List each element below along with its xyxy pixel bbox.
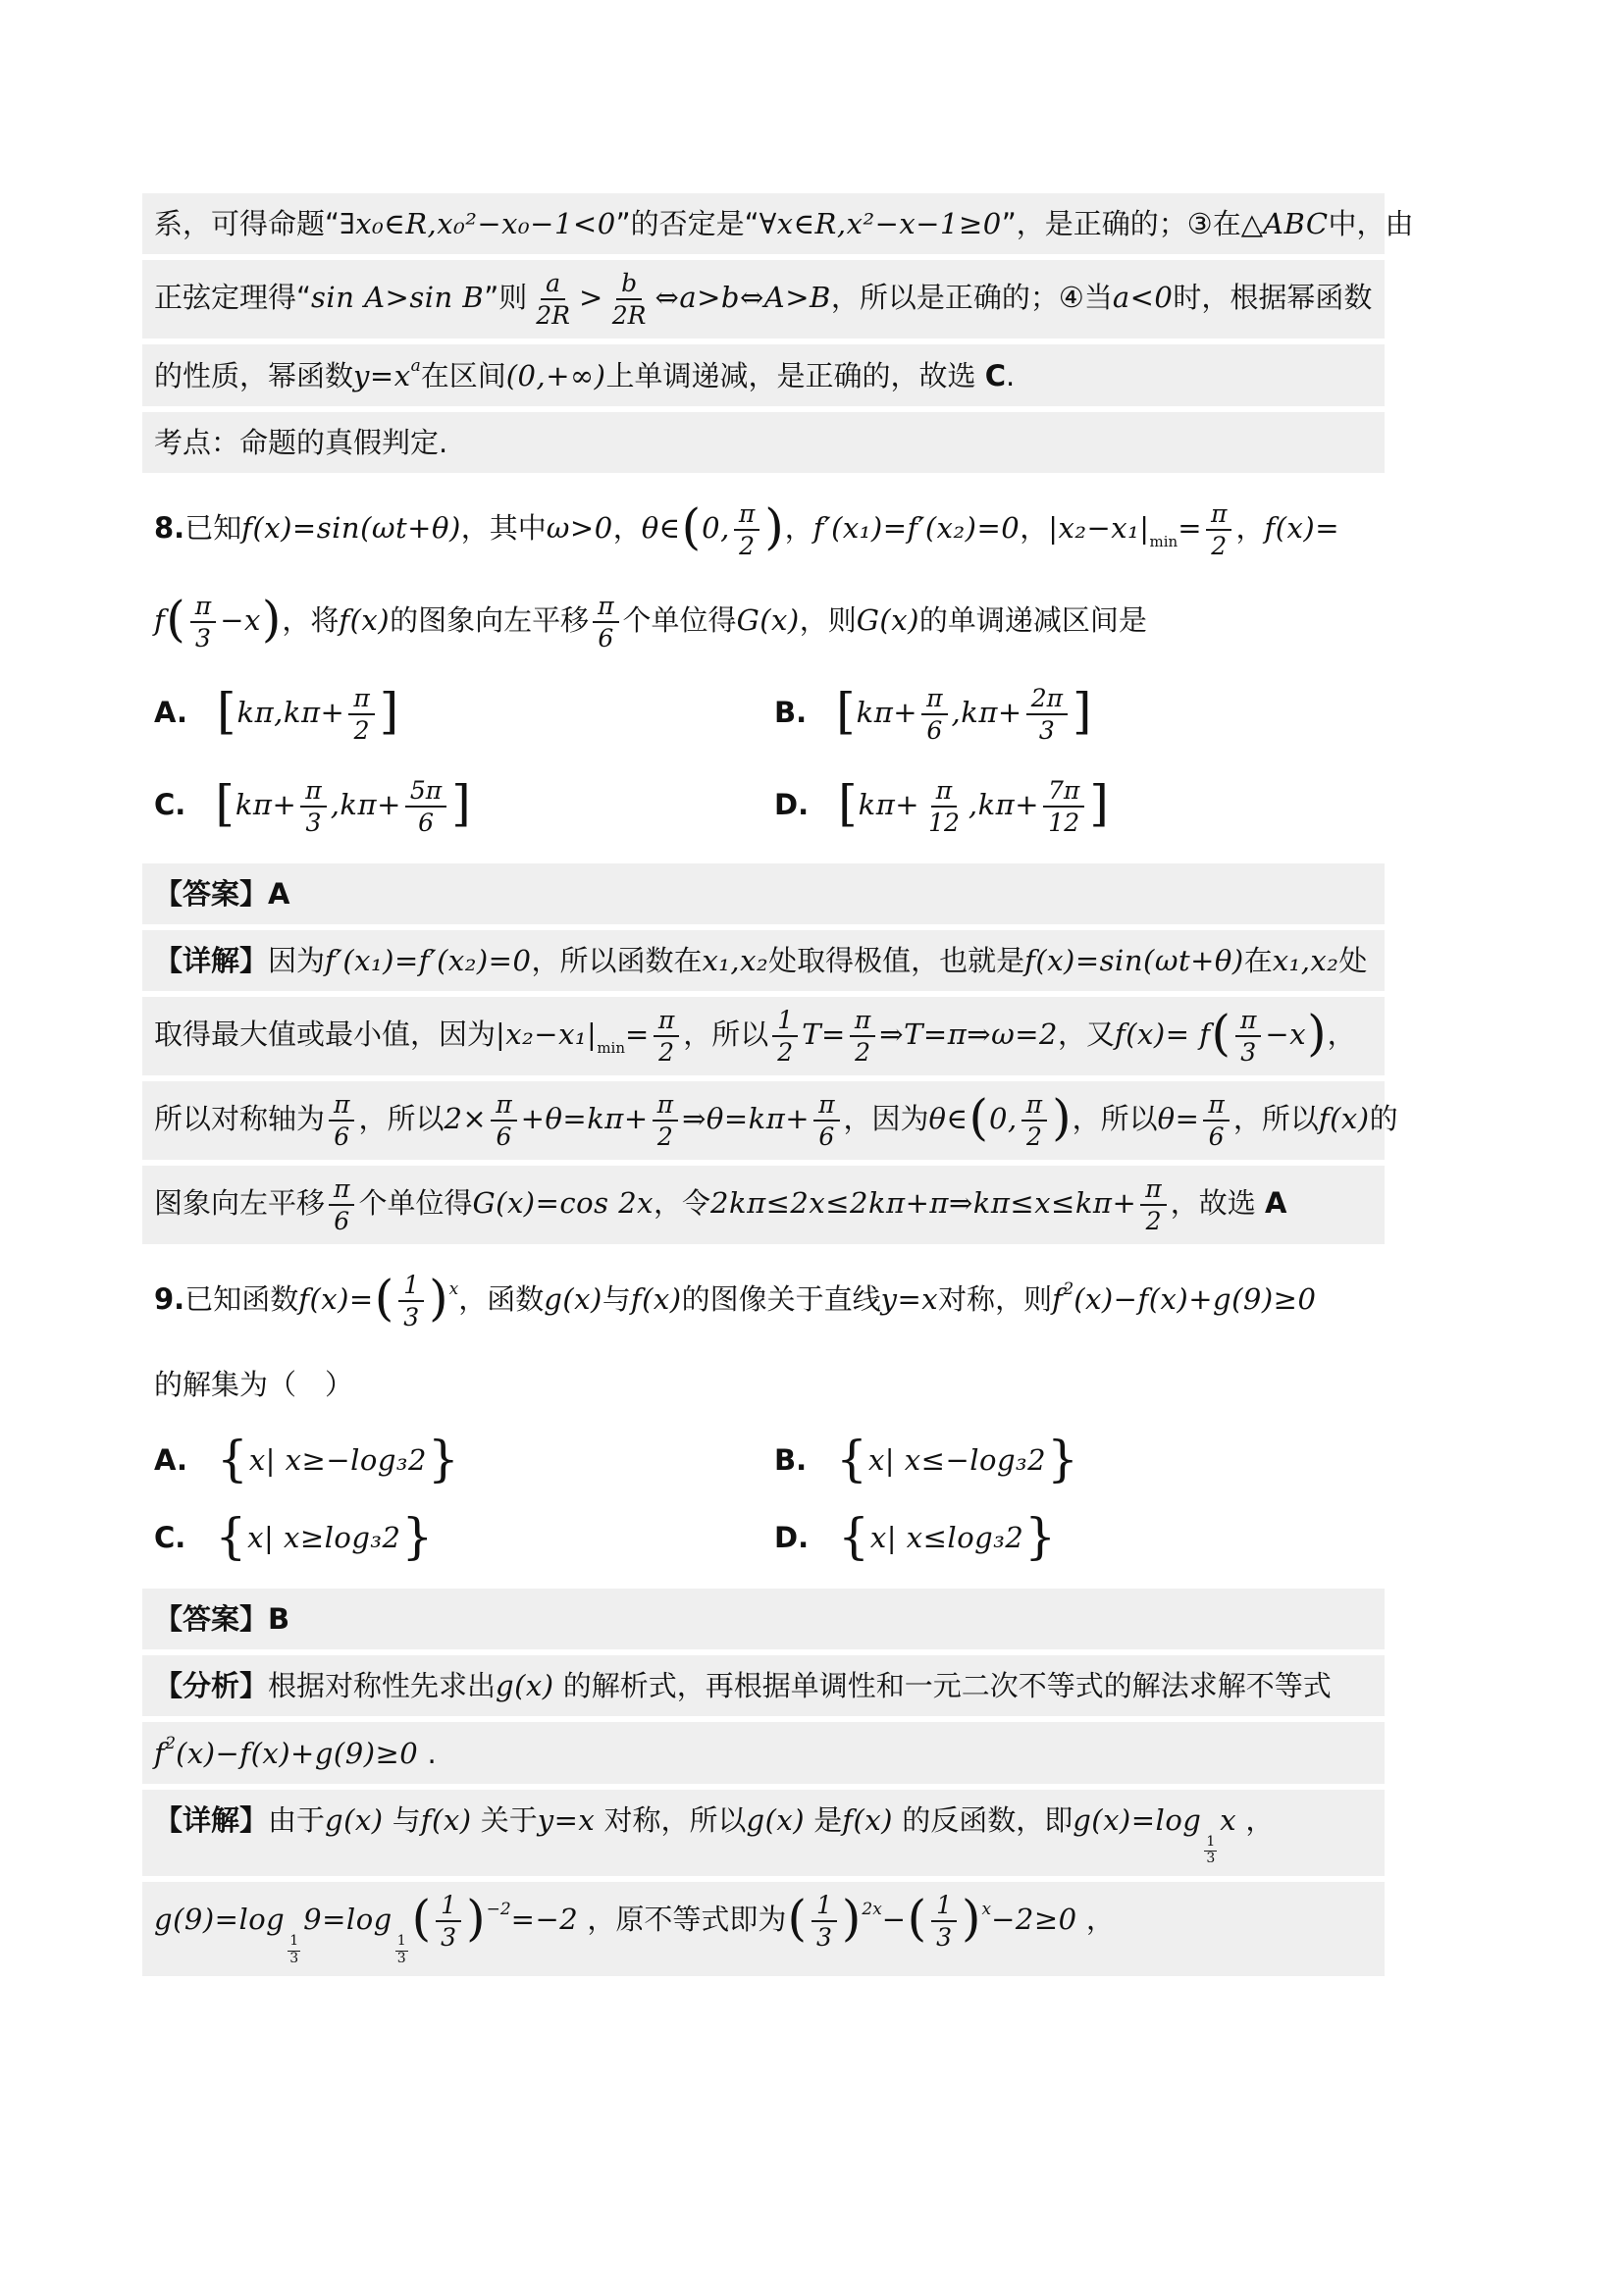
text-run: 的解析式，再根据单调性和一元二次不等式的解法求解不等式 — [554, 1669, 1332, 1702]
text-run: 个单位得 — [358, 1186, 472, 1220]
text-run: ”的否定是“ — [616, 207, 759, 240]
fraction: π2 — [653, 1091, 678, 1150]
fraction-numerator: π — [654, 1007, 679, 1037]
math-run: kπ+ — [859, 788, 919, 821]
text-run: 处取得极值，也就是 — [768, 944, 1024, 977]
text-run: 由于 — [268, 1803, 325, 1837]
math-run: G(x)=cos 2x — [472, 1186, 654, 1220]
fraction-numerator: 1 — [772, 1007, 798, 1037]
fraction-numerator: 1 — [288, 1934, 300, 1951]
fraction-denominator: 3 — [301, 808, 327, 836]
text-run: 处 — [1338, 944, 1367, 977]
big-bracket: } — [402, 1508, 434, 1565]
subscript: min — [1150, 533, 1178, 550]
math-run: 9=log — [303, 1903, 393, 1936]
text-run — [185, 788, 214, 821]
big-bracket: [ — [217, 683, 236, 740]
option-cell: A. [kπ,kπ+π2] — [154, 685, 774, 744]
text-run: ”，是正确的；③在△ — [1002, 207, 1263, 240]
bold-run: B. — [774, 696, 807, 729]
text-run: 的图象向左平移 — [390, 603, 589, 637]
text-run: 因为 — [268, 944, 325, 977]
fraction: π6 — [921, 685, 947, 744]
math-run: f(x)= f — [1115, 1018, 1210, 1051]
fraction: 13 — [811, 1892, 837, 1951]
text-run — [807, 696, 835, 729]
big-bracket: ) — [962, 1890, 981, 1947]
superscript: a — [411, 356, 421, 376]
fraction-denominator: 6 — [413, 808, 439, 836]
math-run: |x₂−x₁| — [496, 1018, 597, 1051]
text-run: 对称，则 — [938, 1282, 1052, 1316]
fraction-numerator: π — [921, 685, 947, 715]
text-run: ，原不等式即为 — [578, 1903, 786, 1936]
fraction: b2R — [607, 270, 652, 329]
fraction-denominator: 3 — [398, 1302, 424, 1331]
big-bracket: ( — [682, 498, 702, 555]
math-run: f(x)= — [1264, 511, 1339, 545]
text-line: g(9)=log139=log13(13)−2=−2 ，原不等式即为(13)2x… — [142, 1882, 1385, 1976]
math-run: kπ+ — [857, 696, 917, 729]
question9: 9.已知函数f(x)=(13)x，函数g(x)与f(x)的图像关于直线y=x对称… — [142, 1262, 1385, 1570]
math-run: 0, — [989, 1102, 1018, 1135]
math-run: −2≥0 — [991, 1903, 1077, 1936]
big-bracket: ) — [764, 498, 784, 555]
math-run: θ∈ — [929, 1102, 969, 1135]
question7-solution: 系，可得命题“∃x₀∈R,x₀²−x₀−1<0”的否定是“∀x∈R,x²−x−1… — [142, 193, 1385, 473]
fraction-numerator: 1 — [398, 1272, 424, 1302]
fraction-denominator: 6 — [491, 1122, 516, 1150]
text-run: 图象向左平移 — [154, 1186, 325, 1220]
text-line: f2(x)−f(x)+g(9)≥0 . — [142, 1722, 1385, 1784]
text-run: 是 — [805, 1803, 842, 1837]
document-body: 系，可得命题“∃x₀∈R,x₀²−x₀−1<0”的否定是“∀x∈R,x²−x−1… — [142, 193, 1385, 1994]
fraction: π6 — [491, 1091, 516, 1150]
fraction-denominator: 3 — [931, 1922, 957, 1951]
bold-run: 【详解】 — [154, 944, 268, 977]
math-run: 0, — [702, 511, 730, 545]
big-bracket: [ — [838, 775, 858, 832]
fraction: π2 — [850, 1007, 875, 1066]
fraction-numerator: π — [734, 500, 759, 531]
math-run: 2kπ≤2x≤2kπ+π⇒kπ≤x≤kπ+ — [710, 1186, 1136, 1220]
math-run: kπ+ — [236, 788, 296, 821]
bold-run: 【答案】 — [154, 1602, 268, 1636]
bold-run: B. — [774, 1443, 807, 1477]
math-run: x| x≥−log₃2 — [249, 1443, 427, 1477]
text-run: 在 — [1244, 944, 1273, 977]
fraction: π2 — [654, 1007, 679, 1066]
math-run: − — [882, 1903, 907, 1936]
big-bracket: { — [836, 1431, 867, 1487]
text-line: 考点：命题的真假判定. — [142, 412, 1385, 473]
text-run: ， — [1020, 511, 1048, 545]
text-run: 系，可得命题“ — [154, 207, 340, 240]
math-run: f′(x₁)=f′(x₂)=0 — [813, 511, 1020, 545]
text-line: A. {x| x≥−log₃2}B. {x| x≤−log₃2} — [142, 1429, 1385, 1492]
text-run: ，所以 — [358, 1102, 444, 1135]
fraction-numerator: 1 — [436, 1892, 461, 1922]
text-line: 图象向左平移π6个单位得G(x)=cos 2x，令2kπ≤2x≤2kπ+π⇒kπ… — [142, 1166, 1385, 1244]
bold-run: C — [985, 359, 1006, 392]
text-run: ，所以 — [1233, 1102, 1319, 1135]
text-line: 9.已知函数f(x)=(13)x，函数g(x)与f(x)的图像关于直线y=x对称… — [142, 1262, 1385, 1340]
fraction-numerator: a — [541, 270, 565, 300]
math-run: =−2 — [511, 1903, 579, 1936]
option-cell: B. {x| x≤−log₃2} — [774, 1439, 1394, 1483]
superscript: −2 — [487, 1900, 511, 1919]
math-run: ABC — [1263, 207, 1328, 240]
bold-run: A. — [154, 1443, 187, 1477]
fraction: π2 — [1140, 1175, 1166, 1234]
superscript: x — [449, 1279, 459, 1299]
text-run: ，所以 — [683, 1018, 768, 1051]
math-run: ,kπ+ — [331, 788, 401, 821]
math-run: f — [154, 1737, 165, 1770]
fraction-denominator: 2 — [349, 715, 375, 744]
fraction: 13 — [931, 1892, 957, 1951]
text-run: ，将 — [282, 603, 339, 637]
text-run: ，函数 — [458, 1282, 544, 1316]
text-run: 对称，所以 — [595, 1803, 746, 1837]
math-run: f(x)=sin(ωt+θ) — [1024, 944, 1244, 977]
fraction: π3 — [190, 593, 216, 652]
text-run: 与 — [384, 1803, 421, 1837]
option-cell: C. {x| x≥log₃2} — [154, 1517, 774, 1560]
fraction: π6 — [1203, 1091, 1229, 1150]
fraction-numerator: 1 — [1204, 1835, 1217, 1852]
fraction: π12 — [923, 777, 965, 836]
fraction-denominator: 6 — [593, 623, 618, 652]
text-line: 【答案】B — [142, 1589, 1385, 1649]
math-run: = — [1178, 511, 1202, 545]
math-run: T= — [802, 1018, 846, 1051]
fraction-numerator: π — [190, 593, 216, 623]
fraction-denominator: 2 — [1021, 1122, 1047, 1150]
math-run: g(x) — [544, 1282, 602, 1316]
big-bracket: ( — [375, 1270, 394, 1327]
math-run: x| x≤log₃2 — [870, 1521, 1023, 1554]
bold-run: 【分析】 — [154, 1669, 268, 1702]
text-run: ，所以函数在 — [531, 944, 702, 977]
big-bracket: } — [428, 1431, 459, 1487]
fraction-denominator: 3 — [190, 623, 216, 652]
math-run: f — [1052, 1282, 1063, 1316]
text-run — [187, 1443, 216, 1477]
text-run: 时，根据幂函数 — [1173, 281, 1372, 314]
text-run: 考点：命题的真假判定. — [154, 426, 447, 459]
math-run: +θ=kπ+ — [521, 1102, 649, 1135]
text-run: ，因为 — [844, 1102, 929, 1135]
fraction-numerator: π — [1235, 1007, 1261, 1037]
math-run: ∀x∈R,x²−x−1≥0 — [759, 207, 1002, 240]
text-line: C. [kπ+π3,kπ+5π6]D. [kπ+π12,kπ+7π12] — [142, 767, 1385, 846]
fraction-denominator: 3 — [1034, 715, 1060, 744]
fraction-denominator: 3 — [811, 1922, 837, 1951]
math-run: g(x) — [496, 1669, 554, 1702]
text-run — [185, 1521, 214, 1554]
big-bracket: { — [215, 1508, 246, 1565]
bold-run: A — [1265, 1186, 1286, 1220]
math-run: f — [154, 603, 165, 637]
text-run — [807, 1443, 835, 1477]
fraction-numerator: 5π — [405, 777, 446, 808]
fraction-numerator: π — [593, 593, 618, 623]
fraction: 12 — [772, 1007, 798, 1066]
fraction-denominator: 6 — [1204, 1122, 1230, 1150]
fraction-denominator: 2 — [850, 1037, 875, 1066]
big-bracket: ] — [1073, 683, 1092, 740]
bold-run: 8. — [154, 511, 184, 545]
fraction: π2 — [1021, 1091, 1047, 1150]
text-run — [809, 788, 837, 821]
fraction-numerator: 2π — [1026, 685, 1068, 715]
text-line: A. [kπ,kπ+π2]B. [kπ+π6,kπ+2π3] — [142, 675, 1385, 754]
text-run: 已知 — [184, 511, 241, 545]
text-line: 【答案】A — [142, 863, 1385, 924]
big-bracket: ) — [466, 1890, 486, 1947]
big-bracket: [ — [836, 683, 856, 740]
fraction: π6 — [329, 1175, 354, 1234]
math-run: f′(x₁)=f′(x₂)=0 — [325, 944, 531, 977]
fraction-numerator: 1 — [395, 1934, 408, 1951]
option-cell: C. [kπ+π3,kπ+5π6] — [154, 777, 774, 836]
fraction-denominator: 3 — [1206, 1852, 1215, 1866]
text-run: ，又 — [1058, 1018, 1115, 1051]
big-bracket: [ — [215, 775, 235, 832]
text-line: 的解集为（ ） — [142, 1354, 1385, 1415]
fraction-denominator: 6 — [813, 1122, 839, 1150]
math-run: (0,+∞) — [506, 359, 606, 392]
text-run: ， — [1077, 1903, 1115, 1936]
fraction-denominator: 3 — [397, 1952, 406, 1966]
math-run: f(x)=sin(ωt+θ) — [241, 511, 461, 545]
text-run: . — [1006, 359, 1015, 392]
big-bracket: ) — [1052, 1089, 1072, 1146]
text-line: 【详解】因为f′(x₁)=f′(x₂)=0，所以函数在x₁,x₂处取得极值，也就… — [142, 930, 1385, 991]
math-run: > — [579, 281, 603, 314]
superscript: 2 — [1063, 1279, 1073, 1299]
superscript: 2 — [165, 1734, 176, 1753]
fraction: π2 — [348, 685, 374, 744]
text-run: 的性质，幂函数 — [154, 359, 353, 392]
text-line: 8.已知f(x)=sin(ωt+θ)，其中ω>0，θ∈(0,π2)，f′(x₁)… — [142, 491, 1385, 569]
option-cell: B. [kπ+π6,kπ+2π3] — [774, 685, 1394, 744]
fraction-numerator: 1 — [811, 1892, 837, 1922]
math-run: sin A>sin B — [311, 281, 484, 314]
fraction-numerator: 7π — [1043, 777, 1084, 808]
fraction-denominator: 2 — [1141, 1206, 1167, 1234]
fraction-numerator: π — [348, 685, 374, 715]
text-run: 所以对称轴为 — [154, 1102, 325, 1135]
superscript: 2x — [862, 1900, 881, 1919]
fraction-denominator: 6 — [329, 1122, 354, 1150]
fraction-numerator: π — [491, 1091, 516, 1122]
math-run: |x₂−x₁| — [1048, 511, 1149, 545]
fraction-numerator: π — [850, 1007, 875, 1037]
fraction: π2 — [734, 500, 759, 559]
subscript: min — [597, 1039, 625, 1057]
fraction-denominator: 2 — [1206, 531, 1231, 559]
math-run: ω>0 — [547, 511, 613, 545]
text-run — [809, 1521, 837, 1554]
big-bracket: ] — [380, 683, 399, 740]
text-run: ，所以是正确的；④当 — [831, 281, 1113, 314]
question8-answer: 【答案】A【详解】因为f′(x₁)=f′(x₂)=0，所以函数在x₁,x₂处取得… — [142, 863, 1385, 1244]
math-run: ∃x₀∈R,x₀²−x₀−1<0 — [340, 207, 616, 240]
text-run: 的单调递减区间是 — [919, 603, 1147, 637]
math-run: ⇒θ=kπ+ — [682, 1102, 810, 1135]
fraction: 7π12 — [1043, 777, 1084, 836]
fraction: π6 — [813, 1091, 839, 1150]
bold-run: B — [268, 1602, 289, 1636]
big-bracket: ) — [262, 591, 282, 648]
text-run: 与 — [602, 1282, 631, 1316]
text-line: 【分析】根据对称性先求出g(x) 的解析式，再根据单调性和一元二次不等式的解法求… — [142, 1655, 1385, 1716]
fraction-numerator: b — [616, 270, 642, 300]
text-run: 的解集为（ ） — [154, 1368, 353, 1401]
text-run: 已知函数 — [184, 1282, 298, 1316]
math-run: f(x)= — [298, 1282, 374, 1316]
text-line: 取得最大值或最小值，因为|x₂−x₁|min=π2，所以12T=π2⇒T=π⇒ω… — [142, 997, 1385, 1075]
big-bracket: ( — [787, 1890, 807, 1947]
text-line: 所以对称轴为π6，所以2×π6+θ=kπ+π2⇒θ=kπ+π6，因为θ∈(0,π… — [142, 1081, 1385, 1160]
math-run: −x — [220, 603, 261, 637]
math-run: x₁,x₂ — [702, 944, 768, 977]
fraction-numerator: π — [1203, 1091, 1229, 1122]
big-bracket: ) — [842, 1890, 862, 1947]
fraction-numerator: π — [1206, 500, 1231, 531]
text-run: ， — [1236, 1803, 1274, 1837]
log-base-fraction: 13 — [1204, 1835, 1217, 1867]
math-run: ,kπ+ — [952, 696, 1022, 729]
fraction-numerator: π — [300, 777, 326, 808]
text-run: ，所以 — [1073, 1102, 1158, 1135]
math-run: f(x) — [1319, 1102, 1370, 1135]
fraction-denominator: 2R — [607, 300, 652, 329]
text-run: 的反函数，即 — [893, 1803, 1073, 1837]
fraction-numerator: 1 — [931, 1892, 957, 1922]
text-run: ，其中 — [461, 511, 547, 545]
math-run: ⇔a>b⇔A>B — [655, 281, 831, 314]
math-run: G(x) — [857, 603, 919, 637]
text-run: 关于 — [472, 1803, 538, 1837]
fraction: 13 — [398, 1272, 424, 1331]
text-run: 个单位得 — [623, 603, 737, 637]
math-run: g(x) — [325, 1803, 384, 1837]
text-run: 正弦定理得“ — [154, 281, 311, 314]
text-run: ，令 — [654, 1186, 710, 1220]
text-run: 取得最大值或最小值，因为 — [154, 1018, 496, 1051]
fraction-denominator: 3 — [1235, 1037, 1261, 1066]
question8: 8.已知f(x)=sin(ωt+θ)，其中ω>0，θ∈(0,π2)，f′(x₁)… — [142, 491, 1385, 846]
math-run: f(x) — [631, 1282, 682, 1316]
math-run: (x)−f(x)+g(9)≥0 — [176, 1737, 418, 1770]
math-run: y=x — [881, 1282, 939, 1316]
bold-run: D. — [774, 788, 809, 821]
math-run: g(x) — [747, 1803, 806, 1837]
fraction-numerator: π — [653, 1091, 678, 1122]
math-run: ,kπ+ — [969, 788, 1039, 821]
bold-run: A. — [154, 696, 187, 729]
big-bracket: ( — [412, 1890, 432, 1947]
math-run: a<0 — [1113, 281, 1174, 314]
superscript: x — [982, 1900, 992, 1919]
big-bracket: } — [1024, 1508, 1056, 1565]
math-run: f(x) — [339, 603, 390, 637]
math-run: f(x) — [421, 1803, 472, 1837]
fraction-denominator: 12 — [1043, 808, 1084, 836]
text-line: 正弦定理得“sin A>sin B”则a2R>b2R⇔a>b⇔A>B，所以是正确… — [142, 260, 1385, 339]
text-run: ， — [1235, 511, 1264, 545]
text-run: 的图像关于直线 — [682, 1282, 881, 1316]
big-bracket: } — [1047, 1431, 1078, 1487]
bold-run: 【详解】 — [154, 1803, 268, 1837]
fraction: a2R — [531, 270, 575, 329]
option-cell: A. {x| x≥−log₃2} — [154, 1439, 774, 1483]
bold-run: A — [268, 877, 289, 911]
log-base-fraction: 13 — [395, 1934, 408, 1966]
math-run: x — [1220, 1803, 1236, 1837]
math-run: y=x — [353, 359, 411, 392]
fraction-denominator: 2 — [772, 1037, 798, 1066]
text-run: 根据对称性先求出 — [268, 1669, 496, 1702]
text-run: ，则 — [800, 603, 857, 637]
fraction-numerator: π — [813, 1091, 839, 1122]
math-run: ⇒T=π⇒ω=2 — [879, 1018, 1058, 1051]
big-bracket: ( — [1211, 1005, 1230, 1062]
math-run: θ= — [1158, 1102, 1200, 1135]
fraction: π3 — [300, 777, 326, 836]
big-bracket: ( — [969, 1089, 988, 1146]
fraction-numerator: π — [329, 1175, 354, 1206]
big-bracket: ) — [429, 1270, 448, 1327]
fraction-denominator: 3 — [289, 1952, 298, 1966]
text-run — [187, 696, 216, 729]
text-run: 的 — [1370, 1102, 1398, 1135]
fraction-numerator: π — [329, 1091, 354, 1122]
math-run: = — [625, 1018, 650, 1051]
fraction: π6 — [593, 593, 618, 652]
math-run: θ∈ — [642, 511, 681, 545]
math-run: y=x — [538, 1803, 596, 1837]
math-run: −x — [1265, 1018, 1306, 1051]
fraction-numerator: π — [931, 777, 957, 808]
big-bracket: ( — [908, 1890, 927, 1947]
text-run: 在区间 — [421, 359, 506, 392]
text-run: ， — [613, 511, 642, 545]
fraction-numerator: π — [1021, 1091, 1047, 1122]
big-bracket: ] — [451, 775, 471, 832]
bold-run: 【答案】 — [154, 877, 268, 911]
fraction: π3 — [1235, 1007, 1261, 1066]
math-run: f(x) — [842, 1803, 893, 1837]
text-line: f(π3−x)，将f(x)的图象向左平移π6个单位得G(x)，则G(x)的单调递… — [142, 583, 1385, 661]
big-bracket: ) — [1307, 1005, 1327, 1062]
math-run: x| x≥log₃2 — [247, 1521, 400, 1554]
text-run: ， — [1328, 1018, 1356, 1051]
math-run: g(9)=log — [154, 1903, 285, 1936]
math-run: g(x)=log — [1073, 1803, 1201, 1837]
fraction-numerator: π — [1140, 1175, 1166, 1206]
fraction-denominator: 6 — [329, 1206, 354, 1234]
text-run: ，故选 — [1171, 1186, 1265, 1220]
big-bracket: ] — [1089, 775, 1109, 832]
big-bracket: { — [217, 1431, 248, 1487]
fraction-denominator: 2R — [531, 300, 575, 329]
fraction: π6 — [329, 1091, 354, 1150]
bold-run: 9. — [154, 1282, 184, 1316]
